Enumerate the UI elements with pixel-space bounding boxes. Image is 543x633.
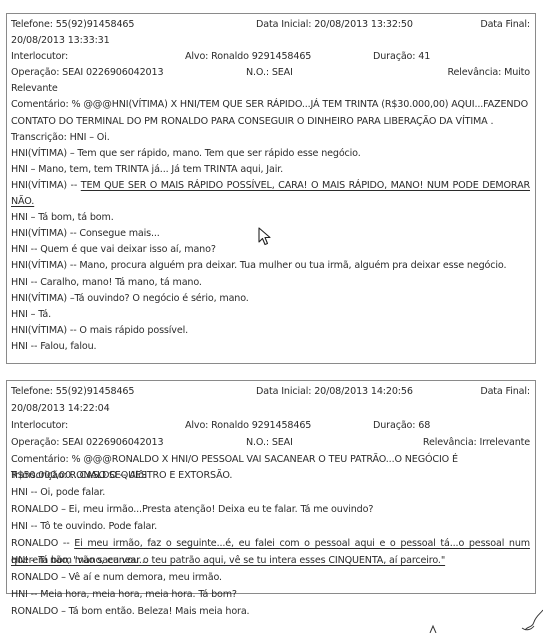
data-final-label: Data Final: [480, 384, 530, 401]
transcript-line: RONALDO -- Ei meu irmão, faz o seguinte.… [11, 536, 530, 553]
speaker-text: HNI -- Caralho, mano! Tá mano, tá mano. [11, 277, 202, 288]
speaker-text: HNI -- Oi, pode falar. [11, 487, 105, 498]
transcript-line: HNI -- Caralho, mano! Tá mano, tá mano. [11, 275, 530, 291]
speaker-text: RONALDO -- [11, 538, 74, 549]
operacao: Operação: SEAI 0226906042013 [11, 65, 163, 81]
data-final-label: Data Final: [480, 17, 530, 33]
speaker-text: HNI – Tá bom mano, eu vou... [11, 555, 148, 566]
data-inicial: Data Inicial: 20/08/2013 14:20:56 [256, 384, 413, 401]
relevancia: Relevância: Irrelevante [423, 435, 530, 452]
header-row-1: Telefone: 55(92)91458465 Data Inicial: 2… [11, 384, 530, 401]
transcript-line: RONALDO – Vê aí e num demora, meu irmão. [11, 570, 530, 587]
transcript-line: Transcrição: RONALDO -- Alô! [11, 468, 530, 485]
comentario: Comentário: % @@@HNI(VÍTIMA) X HNI/TEM Q… [11, 97, 530, 129]
speaker-text: Transcrição: RONALDO -- Alô! [11, 470, 148, 481]
transcript-line: HNI – Tá. [11, 307, 530, 323]
speaker-text: RONALDO – Ei, meu irmão...Presta atenção… [11, 504, 373, 515]
transcript-line: HNI – Mano, tem, tem TRINTA já... Já tem… [11, 162, 530, 178]
mouse-cursor-icon [258, 227, 272, 247]
transcript-line: Transcrição: HNI – Oi. [11, 130, 530, 146]
interlocutor: Interlocutor: [11, 418, 68, 435]
speaker-text: Transcrição: HNI – Oi. [11, 132, 110, 143]
underlined-highlight: TEM QUE SER O MAIS RÁPIDO POSSÍVEL, CARA… [11, 180, 530, 207]
speaker-text: HNI(VÍTIMA) -- [11, 180, 81, 191]
transcript-line: HNI(VÍTIMA) -- TEM QUE SER O MAIS RÁPIDO… [11, 178, 530, 210]
transcript-line: HNI -- Oi, pode falar. [11, 485, 530, 502]
alvo: Alvo: Ronaldo 9291458465 [185, 418, 311, 435]
speaker-text: RONALDO – Tá bom então. Beleza! Mais mei… [11, 606, 249, 617]
interlocutor: Interlocutor: [11, 49, 68, 65]
speaker-text: HNI – Tá bom, tá bom. [11, 212, 114, 223]
speaker-text: HNI(VÍTIMA) –Tá ouvindo? O negócio é sér… [11, 293, 249, 304]
data-final-value: 20/08/2013 13:33:31 [11, 33, 530, 49]
speaker-text: HNI(VÍTIMA) – Tem que ser rápido, mano. … [11, 148, 361, 159]
transcript-line: HNI – Tá bom mano, eu vou... [11, 553, 530, 570]
numero-ocorrencia: N.O.: SEAI [246, 435, 293, 452]
header-row-1: Telefone: 55(92)91458465 Data Inicial: 2… [11, 17, 530, 33]
duracao: Duração: 41 [373, 49, 430, 65]
transcript-line: HNI – Tá bom, tá bom. [11, 210, 530, 226]
numero-ocorrencia: N.O.: SEAI [246, 65, 293, 81]
relevancia: Relevância: Muito [447, 65, 530, 81]
comentario: Comentário: % @@@RONALDO X HNI/O PESSOAL… [11, 452, 530, 469]
speaker-text: HNI(VÍTIMA) -- Mano, procura alguém pra … [11, 260, 506, 271]
speaker-text: HNI(VÍTIMA) -- Consegue mais... [11, 228, 160, 239]
speaker-text: HNI -- Tô te ouvindo. Pode falar. [11, 521, 157, 532]
alvo: Alvo: Ronaldo 9291458465 [185, 49, 311, 65]
duracao: Duração: 68 [373, 418, 430, 435]
speaker-text: RONALDO – Vê aí e num demora, meu irmão. [11, 572, 222, 583]
transcript-line: HNI(VÍTIMA) – Tem que ser rápido, mano. … [11, 146, 530, 162]
transcript-line: HNI(VÍTIMA) -- O mais rápido possível. [11, 323, 530, 339]
speaker-text: HNI(VÍTIMA) -- O mais rápido possível. [11, 325, 188, 336]
data-final-value: 20/08/2013 14:22:04 [11, 401, 530, 418]
speaker-text: HNI -- Falou, falou. [11, 341, 96, 352]
transcript-line: HNI(VÍTIMA) -- Mano, procura alguém pra … [11, 258, 530, 274]
intercept-record-2: Telefone: 55(92)91458465 Data Inicial: 2… [6, 380, 536, 594]
speaker-text: HNI – Mano, tem, tem TRINTA já... Já tem… [11, 164, 283, 175]
intercept-record-1: Telefone: 55(92)91458465 Data Inicial: 2… [6, 13, 536, 364]
handwritten-mark-icon [400, 600, 543, 633]
header-row-3: Interlocutor: Alvo: Ronaldo 9291458465 D… [11, 49, 530, 65]
operacao: Operação: SEAI 0226906042013 [11, 435, 163, 452]
speaker-text: HNI -- Meia hora, meia hora, meia hora. … [11, 589, 237, 600]
relevancia-cont: Relevante [11, 81, 530, 97]
transcript-line: HNI -- Tô te ouvindo. Pode falar. [11, 519, 530, 536]
data-inicial: Data Inicial: 20/08/2013 13:32:50 [256, 17, 413, 33]
speaker-text: HNI – Tá. [11, 309, 51, 320]
transcript-line: HNI(VÍTIMA) –Tá ouvindo? O negócio é sér… [11, 291, 530, 307]
header-row-4: Operação: SEAI 0226906042013 N.O.: SEAI … [11, 435, 530, 452]
header-row-4: Operação: SEAI 0226906042013 N.O.: SEAI … [11, 65, 530, 81]
telefone: Telefone: 55(92)91458465 [11, 384, 134, 401]
telefone: Telefone: 55(92)91458465 [11, 17, 134, 33]
header-row-3: Interlocutor: Alvo: Ronaldo 9291458465 D… [11, 418, 530, 435]
transcript-line: HNI -- Falou, falou. [11, 339, 530, 355]
speaker-text: HNI -- Quem é que vai deixar isso aí, ma… [11, 244, 216, 255]
transcricao: Transcrição: RONALDO -- Alô!HNI -- Oi, p… [11, 468, 530, 620]
transcript-line: RONALDO – Ei, meu irmão...Presta atenção… [11, 502, 530, 519]
